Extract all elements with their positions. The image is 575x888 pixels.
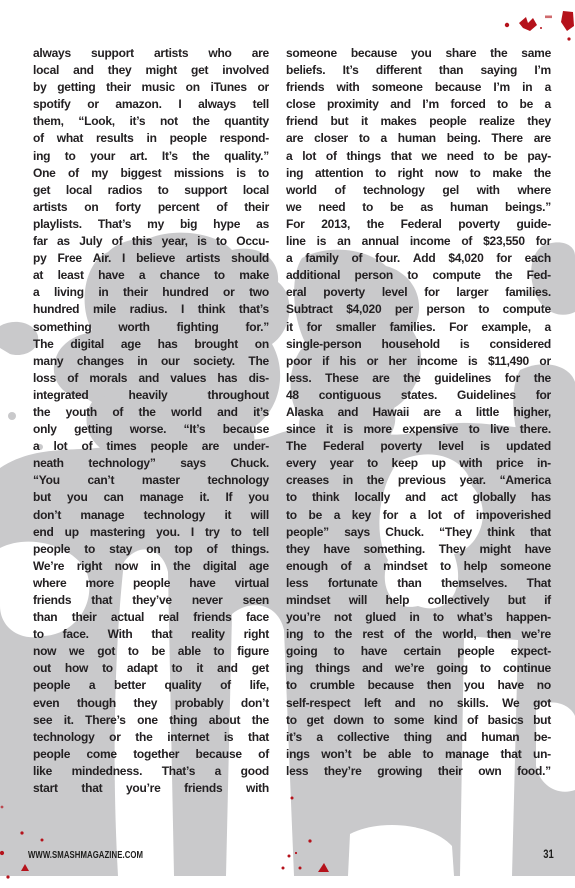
text-line: lessthey’regrowingtheirownfood.” [286,764,551,781]
text-line: togetdowntosomekindofbasicsbut [286,713,551,730]
text-line: Thedigitalagehasbroughton [33,337,269,354]
text-line: less.Thesearetheguidelinesforthe [286,371,551,388]
text-line: single-personhouseholdisconsidered [286,337,551,354]
text-line: outhowtoadapttoitandget [33,661,269,678]
text-line: artistsonfortypercentoftheir [33,200,269,217]
text-line: getlocalradiostosupportlocal [33,183,269,200]
page-number: 31 [544,849,554,861]
page-footer: WWW.SMASHMAGAZINE.COM 31 [28,848,554,862]
text-line: AlaskaandHawaiiarealittlehigher, [286,405,551,422]
text-line: peopletostayontopofthings. [33,542,269,559]
text-line: likemindedness.That’sagood [33,764,269,781]
text-line: people”saysChuck.“Theythinkthat [286,525,551,542]
footer-website-url: WWW.SMASHMAGAZINE.COM [28,849,143,861]
text-line: atleasthaveachancetomake [33,268,269,285]
text-line: ingattentiontorightnowtomakethe [286,166,551,183]
text-line: technologyortheinternetisthat [33,730,269,747]
text-line: beliefs.It’sdifferentthansayingI’m [286,63,551,80]
text-line: goingtohavecertainpeopleexpect- [286,644,551,661]
text-line: creasesinthepreviousyear.“America [286,473,551,490]
text-line: bygettingtheirmusiconiTunesor [33,80,269,97]
text-line: someonebecauseyousharethesame [286,46,551,63]
text-line: ingtoyourart.It’sthequality.” [33,149,269,166]
text-line: nowwegottobeabletofigure [33,644,269,661]
text-line: ingswon’tbeabletomanagethatun- [286,747,551,764]
text-line: 48contiguousstates.Guidelinesfor [286,388,551,405]
text-line: pyFreeAir.Ibelieveartistsshould [33,251,269,268]
text-line: eralpovertylevelforlargerfamilies. [286,285,551,302]
text-line: peopleabetterqualityoflife, [33,678,269,695]
text-line: ofwhatresultsinpeoplerespond- [33,131,269,148]
text-line: theyhavesomething.Theymighthave [286,542,551,559]
article-column-left: alwayssupportartistswhoarelocalandtheymi… [33,46,269,798]
text-line: neathtechnology”saysChuck. [33,456,269,473]
text-line: spotifyoramazon.Ialwaystell [33,97,269,114]
text-line: We’rerightnowinthedigitalage [33,559,269,576]
text-line: eventhoughtheyprobablydon’t [33,696,269,713]
text-line: alivingintheirhundredortwo [33,285,269,302]
text-line: wheremorepeoplehavevirtual [33,576,269,593]
text-line: sinceitismoreexpensivetolivethere. [286,422,551,439]
text-line: “Youcan’tmastertechnology [33,473,269,490]
text-line: Subtract$4,020perpersontocompute [286,302,551,319]
text-line: integratedheavilythroughout [33,388,269,405]
text-line: mindsetwillhelpcollectivelybutif [286,593,551,610]
text-line: don’tmanagetechnologyitwill [33,508,269,525]
text-line: additionalpersontocomputetheFed- [286,268,551,285]
text-line: friendsthatthey’veneverseen [33,593,269,610]
text-line: toface.Withthatrealityright [33,627,269,644]
text-line: ingthingsandwe’regoingtocontinue [286,661,551,678]
text-line: worldoftechnologygelwithwhere [286,183,551,200]
text-line: peoplecometogetherbecauseof [33,747,269,764]
text-line: alwayssupportartistswhoare [33,46,269,63]
text-line: everyyeartokeepupwithpricein- [286,456,551,473]
text-line: thantheiractualrealfriendsface [33,610,269,627]
text-line: areclosertoahumanbeing.Thereare [286,131,551,148]
text-line: lessfortunatethanthemselves.That [286,576,551,593]
text-line: For2013,theFederalpovertyguide- [286,217,551,234]
text-line: localandtheymightgetinvolved [33,63,269,80]
article-body: alwayssupportartistswhoarelocalandtheymi… [33,46,551,798]
text-line: ingtotherestoftheworld,thenwe’re [286,627,551,644]
text-line: self-respectleftandnoskills.Wegot [286,696,551,713]
text-line: friendswithsomeonebecauseI’mina [286,80,551,97]
text-line: friendbutitmakespeoplerealizethey [286,114,551,131]
text-line: endupmasteringyou.Itrytotell [33,525,269,542]
text-line: seeit.There’sonethingaboutthe [33,713,269,730]
text-line: manychangesinoursociety.The [33,354,269,371]
text-line: weneedtobeashumanbeings.” [286,200,551,217]
text-line: lineisanannualincomeof$23,550for [286,234,551,251]
text-line: them,“Look,it’snotthequantity [33,114,269,131]
text-line: lossofmoralsandvalueshasdis- [33,371,269,388]
text-line: hundredmileradius.Ithinkthat’s [33,302,269,319]
text-line: theyouthoftheworldandit’s [33,405,269,422]
text-line: it’sacollectivethingandhumanbe- [286,730,551,747]
text-line: tocrumblebecausethenyouhaveno [286,678,551,695]
text-line: poorifhisorherincomeis$11,490or [286,354,551,371]
magazine-page: alwayssupportartistswhoarelocalandtheymi… [0,0,575,888]
text-line: alotoftimespeopleareunder- [33,439,269,456]
text-line: butyoucanmanageit.Ifyou [33,490,269,507]
text-line: playlists.That’smybighypeas [33,217,269,234]
text-line: somethingworthfightingfor.” [33,320,269,337]
text-line: onlygettingworse.“It’sbecause [33,422,269,439]
text-line: afamilyoffour.Add$4,020foreach [286,251,551,268]
text-line: enoughofamindsettohelpsomeone [286,559,551,576]
text-line: Oneofmybiggestmissionsisto [33,166,269,183]
text-line: itforsmallerfamilies.Forexample,a [286,320,551,337]
text-line: alotofthingsthatweneedtobepay- [286,149,551,166]
text-line: closeproximityandI’mforcedtobea [286,97,551,114]
text-line: TheFederalpovertylevelisupdated [286,439,551,456]
text-line: startthatyou’refriendswith [33,781,269,798]
text-line: you’renotgluedintowhat’shappen- [286,610,551,627]
article-column-right: someonebecauseyousharethesamebeliefs.It’… [286,46,551,798]
text-line: tothinklocallyandactgloballyhas [286,490,551,507]
text-line: farasJulyofthisyear,istoOccu- [33,234,269,251]
text-line: tobeakeyforalotofimpoverished [286,508,551,525]
